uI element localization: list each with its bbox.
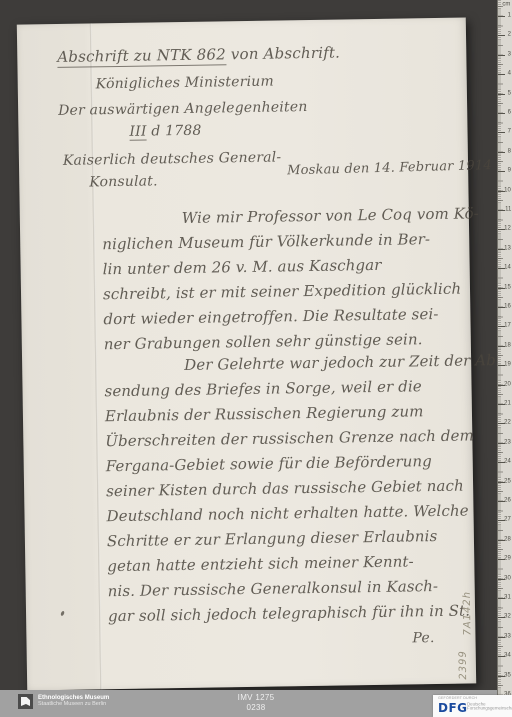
ruler-cm-mark: 10	[498, 187, 512, 196]
ruler-cm-mark: 28	[498, 536, 512, 545]
ruler-cm-mark: 2	[498, 31, 512, 40]
ruler-cm-mark: 11	[498, 206, 512, 215]
ruler-cm-mark: 33	[498, 633, 512, 642]
header-reference-line: Abschrift zu NTK 862 von Abschrift.	[57, 43, 340, 65]
header-file-number: III d 1788	[129, 123, 201, 140]
ruler-cm-mark: 9	[498, 167, 512, 176]
dfg-logo: GEFÖRDERT DURCH DFG Deutsche Forschungsg…	[433, 695, 512, 717]
fold-crease	[90, 23, 102, 689]
reference-number: Abschrift zu NTK 862	[57, 45, 226, 68]
ruler-cm-mark: 25	[498, 478, 512, 487]
ruler-cm-mark: 1	[498, 12, 512, 21]
pencil-annotation-upper: 7A142h	[462, 591, 474, 636]
ruler-cm-mark: 15	[498, 284, 512, 293]
dfg-acronym: DFG	[438, 701, 468, 715]
scan-viewport: Abschrift zu NTK 862 von Abschrift. Köni…	[0, 0, 512, 717]
ruler-cm-mark: 35	[498, 672, 512, 681]
dfg-full-name: Deutsche Forschungsgemeinschaft	[467, 702, 512, 711]
ruler-cm-mark: 31	[498, 594, 512, 603]
ruler-cm-mark: 22	[498, 419, 512, 428]
ruler-cm-mark: 13	[498, 245, 512, 254]
ruler-cm-mark: 6	[498, 109, 512, 118]
funding-label: GEFÖRDERT DURCH	[438, 696, 477, 700]
ruler-cm-mark: 17	[498, 322, 512, 331]
letter-page: Abschrift zu NTK 862 von Abschrift. Köni…	[17, 18, 476, 691]
ink-speck	[60, 611, 65, 617]
ruler-cm-mark: 20	[498, 381, 512, 390]
ruler-cm-mark: 34	[498, 652, 512, 661]
ruler-cm-mark: 5	[498, 90, 512, 99]
catchword: Pe.	[412, 630, 434, 646]
paragraph-2: Der Gelehrte war jedoch zur Zeit der Ab-…	[104, 349, 472, 630]
ruler-cm-mark: 3	[498, 51, 512, 60]
ruler-cm-mark: 16	[498, 303, 512, 312]
ruler-cm-mark: 32	[498, 613, 512, 622]
hand-line: gar soll sich jedoch telegraphisch für i…	[108, 598, 472, 629]
ruler-unit-label: cm	[502, 1, 510, 7]
ruler-cm-mark: 27	[498, 516, 512, 525]
paragraph-1: Wie mir Professor von Le Coq vom Kö-nigl…	[102, 202, 468, 358]
ruler: cm 1234567891011121314151617181920212223…	[497, 0, 512, 717]
ruler-cm-mark: 14	[498, 264, 512, 273]
sender-line-2: Konsulat.	[89, 173, 158, 190]
file-numeral: III	[129, 124, 146, 141]
ruler-cm-mark: 8	[498, 148, 512, 157]
ruler-cm-mark: 4	[498, 70, 512, 79]
reference-suffix: von Abschrift.	[226, 43, 340, 63]
ruler-cm-mark: 19	[498, 361, 512, 370]
dateline: Moskau den 14. Februar 1914	[287, 158, 492, 178]
file-number-rest: d 1788	[147, 123, 202, 140]
ruler-cm-mark: 12	[498, 225, 512, 234]
ruler-cm-mark: 24	[498, 458, 512, 467]
ruler-cm-mark: 26	[498, 497, 512, 506]
ruler-cm-mark: 18	[498, 342, 512, 351]
ruler-cm-mark: 23	[498, 439, 512, 448]
header-ministry: Königliches Ministerium	[96, 74, 274, 93]
sender-line-1: Kaiserlich deutsches General-	[63, 149, 282, 168]
ruler-cm-mark: 7	[498, 128, 512, 137]
ruler-cm-mark: 29	[498, 555, 512, 564]
ruler-cm-mark: 30	[498, 575, 512, 584]
pencil-annotation-lower: 2399	[458, 650, 469, 680]
header-ministry-affairs: Der auswärtigen Angelegenheiten	[58, 99, 308, 119]
ruler-cm-mark: 21	[498, 400, 512, 409]
